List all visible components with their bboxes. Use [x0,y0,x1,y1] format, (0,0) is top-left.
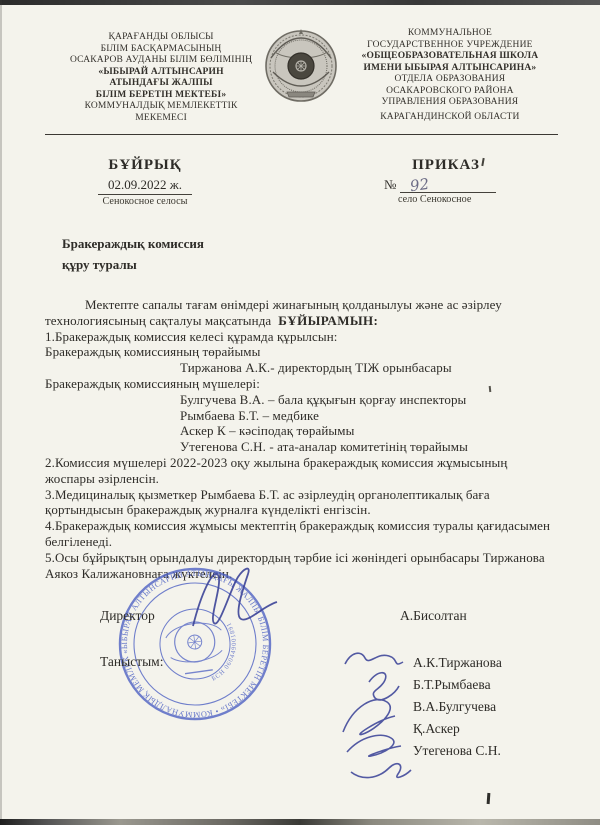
subject-line: құру туралы [62,254,558,275]
body-line: Утегенова С.Н. - ата-аналар комитетінің … [180,439,557,455]
org-line: ОТДЕЛА ОБРАЗОВАНИЯ [342,74,558,86]
order-subject: Бракераждық комиссия құру туралы [62,233,558,275]
org-line: КОММУНАЛЬНОЕ [342,28,558,40]
body-line: 2.Комиссия мүшелері 2022-2023 оқу жылына… [45,455,557,487]
org-line: «ЫБЫРАЙ АЛТЫНСАРИН [65,67,257,79]
order-heading-kazakh: БҰЙРЫҚ 02.09.2022 ж. Сенокосное селосы [60,157,230,207]
body-intro: Мектепте сапалы тағам өнімдері жинағының… [45,297,557,329]
acknowledged-name: Қ.Аскер [413,718,502,740]
order-title-ru: ПРИКАЗ [384,157,538,174]
acknowledged-label: Таныстым: [100,654,163,670]
emblem-graphic [261,28,341,108]
org-line: БІЛІМ БЕРЕТІН МЕКТЕБІ» [65,90,257,102]
signature-block: «ЫБЫРАЙ АЛТЫНСАРИН АТЫНДАҒЫ ЖАЛПЫ БІЛІМ … [45,584,558,825]
body-line: 3.Медициналық қызметкер Рымбаева Б.Т. ас… [45,487,557,519]
header-divider [45,134,558,135]
org-name-kazakh: ҚАРАҒАНДЫ ОБЛЫСЫ БІЛІМ БАСҚАРМАСЫНЫҢ ОСА… [65,32,257,124]
acknowledged-names: А.К.Тиржанова Б.Т.Рымбаева В.А.Булгучева… [413,652,502,762]
order-place-kk: Сенокосное селосы [60,196,230,207]
scan-edge-bottom [0,819,600,825]
scanned-order-document: ҚАРАҒАНДЫ ОБЛЫСЫ БІЛІМ БАСҚАРМАСЫНЫҢ ОСА… [0,0,600,825]
org-name-russian: КОММУНАЛЬНОЕ ГОСУДАРСТВЕННОЕ УЧРЕЖДЕНИЕ … [342,28,558,123]
acknowledged-name: В.А.Булгучева [413,696,502,718]
org-line: КАРАГАНДИНСКОЙ ОБЛАСТИ [342,112,558,124]
org-line: УПРАВЛЕНИЯ ОБРАЗОВАНИЯ [342,97,558,109]
body-line: 1.Бракераждық комиссия келесі құрамда құ… [45,329,557,345]
acknowledged-name: А.К.Тиржанова [413,652,502,674]
org-line: БІЛІМ БАСҚАРМАСЫНЫҢ [65,44,257,56]
acknowledged-name: Б.Т.Рымбаева [413,674,502,696]
order-number-line: 92 [400,176,496,193]
org-line: МЕКЕМЕСІ [65,113,257,125]
org-line: КОММУНАЛДЫҚ МЕМЛЕКЕТТІК [65,101,257,113]
org-line: ИМЕНИ ЫБЫРАЯ АЛТЫНСАРИНА» [342,63,558,75]
body-line: 4.Бракераждық комиссия жұмысы мектептің … [45,518,557,550]
org-line: ОСАКАРОВСКОГО РАЙОНА [342,86,558,98]
acknowledged-name: Утегенова С.Н. [413,740,502,762]
order-number-handwritten: 92 [409,175,430,195]
org-line: ОСАКАРОВ АУДАНЫ БІЛІМ БӨЛІМІНІҢ [65,55,257,67]
director-name: А.Бисолтан [400,608,467,624]
body-line: Бракераждық комиссияның төрайымы [45,344,557,360]
intro-text: Мектепте сапалы тағам өнімдері жинағының… [45,297,502,328]
order-number-row: № 92 [384,176,538,193]
body-line: Бракераждық комиссияның мүшелері: [45,376,557,392]
body-line: Тиржанова А.К.- директордың ТІЖ орынбаса… [180,360,557,376]
org-line: АТЫНДАҒЫ ЖАЛПЫ [65,78,257,90]
order-title-kk: БҰЙРЫҚ [60,157,230,174]
decree-word: БҰЙЫРАМЫН: [278,313,378,328]
org-line: ҚАРАҒАНДЫ ОБЛЫСЫ [65,32,257,44]
org-line: «ОБЩЕОБРАЗОВАТЕЛЬНАЯ ШКОЛА [342,51,558,63]
letterhead: ҚАРАҒАНДЫ ОБЛЫСЫ БІЛІМ БАСҚАРМАСЫНЫҢ ОСА… [45,28,558,124]
subject-line: Бракераждық комиссия [62,233,558,254]
director-label: Директор [100,608,155,624]
kazakhstan-emblem-icon [261,28,342,108]
order-place-ru: село Сенокосное [384,194,538,205]
body-line: Рымбаева Б.Т. – медбике [180,408,557,424]
order-date: 02.09.2022 ж. [98,177,192,195]
order-body: Мектепте сапалы тағам өнімдері жинағының… [45,297,557,581]
director-signature [185,560,305,648]
order-heading-russian: ПРИКАЗ № 92 село Сенокосное [348,157,538,207]
body-line: Аскер К – кәсіподақ төрайымы [180,423,557,439]
order-number-label: № [384,177,396,193]
body-line: Булгучева В.А. – бала құқығын қорғау инс… [180,392,557,408]
org-line: ГОСУДАРСТВЕННОЕ УЧРЕЖДЕНИЕ [342,40,558,52]
document-page: ҚАРАҒАНДЫ ОБЛЫСЫ БІЛІМ БАСҚАРМАСЫНЫҢ ОСА… [0,5,600,819]
